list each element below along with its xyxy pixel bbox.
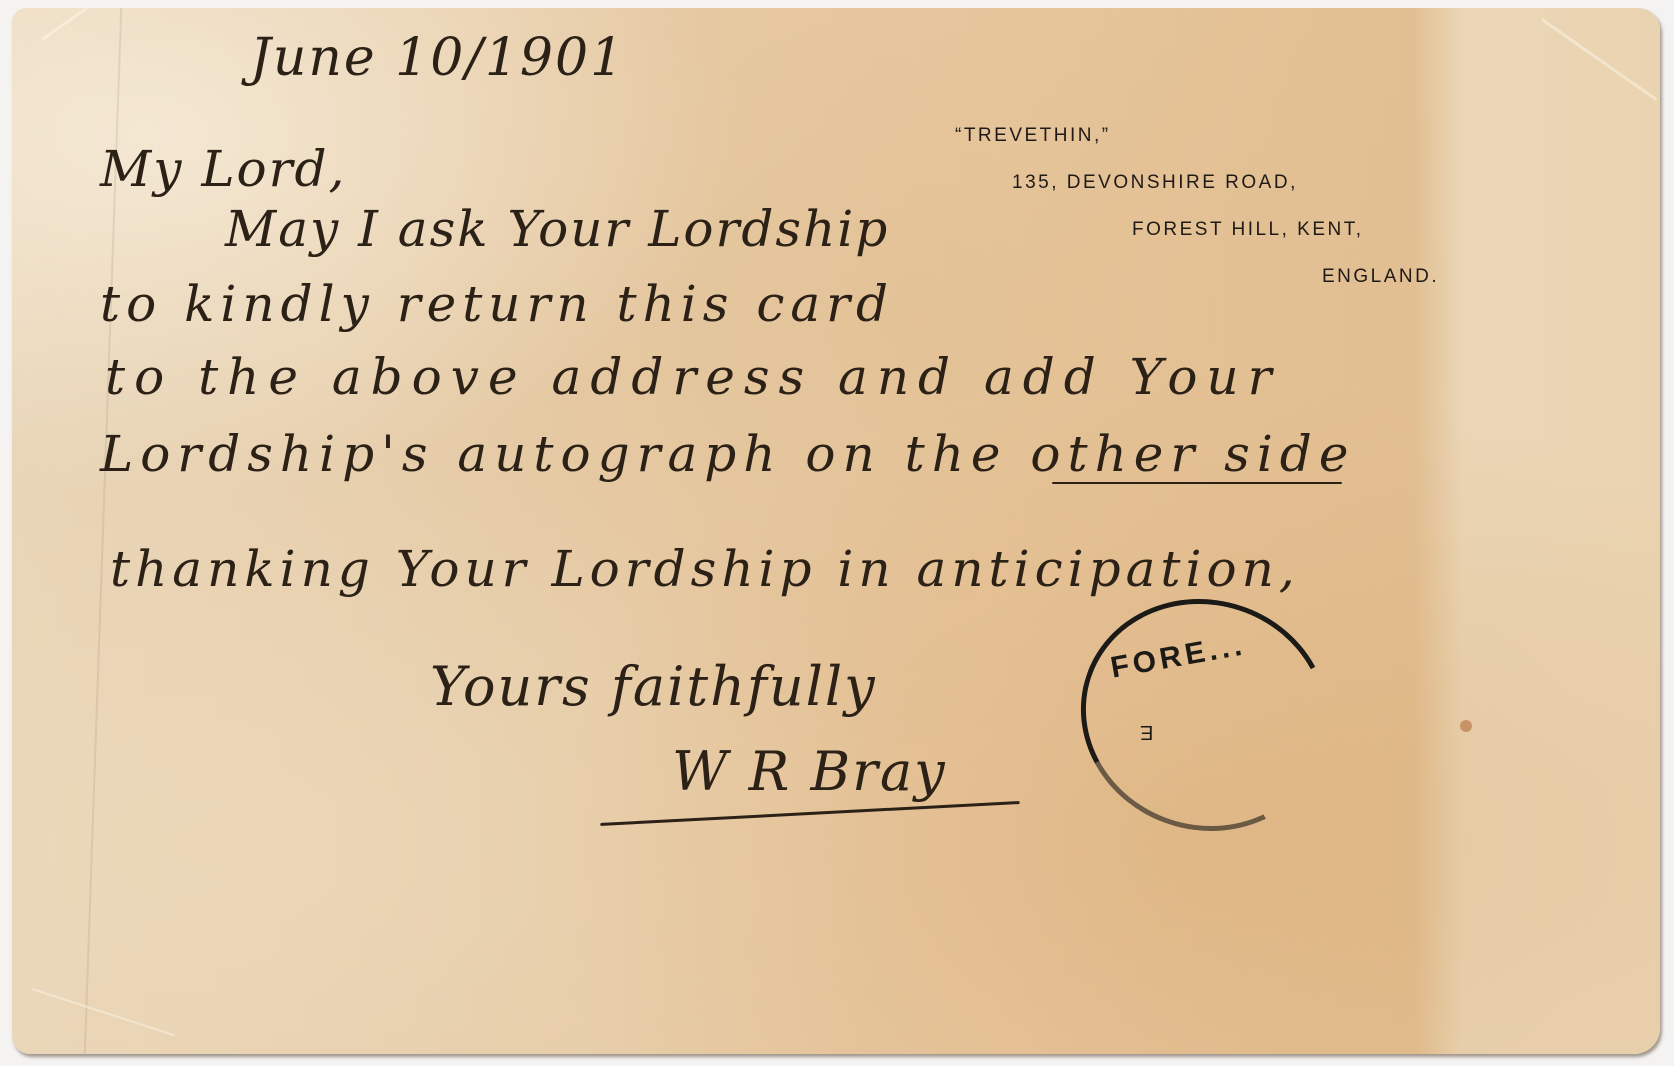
foxing-spot <box>1460 720 1472 732</box>
paper-crease <box>32 988 175 1036</box>
signature: W R Bray <box>672 740 947 803</box>
body-line-1: May I ask Your Lordship <box>225 200 889 258</box>
body-line-5: thanking Your Lordship in anticipation, <box>110 540 1300 598</box>
letterhead-house-name: “TREVETHIN,” <box>955 125 1111 147</box>
other-side-underline <box>1052 482 1342 484</box>
letterhead-country: ENGLAND. <box>1322 266 1439 288</box>
closing: Yours faithfully <box>430 655 877 718</box>
body-line-4: Lordship's autograph on the other side <box>100 425 1355 483</box>
paper-crease <box>41 8 256 41</box>
body-line-3: to the above address and add Your <box>105 348 1281 406</box>
handwritten-date: June 10/1901 <box>250 28 625 88</box>
body-line-2: to kindly return this card <box>100 275 894 333</box>
salutation: My Lord, <box>100 140 346 198</box>
paper-crease <box>1541 18 1657 101</box>
letterhead-town: FOREST HILL, KENT, <box>1132 219 1364 241</box>
letterhead-street: 135, DEVONSHIRE ROAD, <box>1012 172 1298 194</box>
postmark-code: E <box>1140 720 1153 743</box>
